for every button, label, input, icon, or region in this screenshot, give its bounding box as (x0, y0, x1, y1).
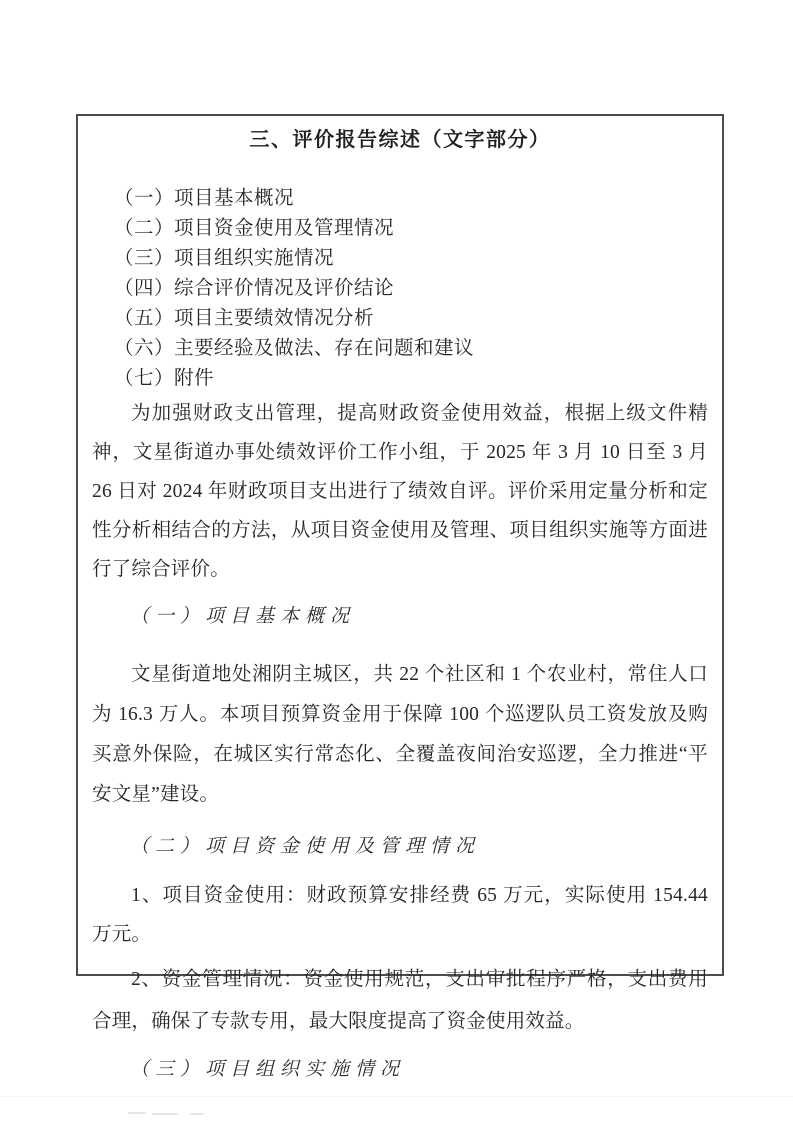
section-1-paragraph: 文星街道地处湘阴主城区，共 22 个社区和 1 个农业村，常住人口为 16.3 … (92, 655, 708, 815)
toc-item-5: （五）项目主要绩效情况分析 (114, 304, 708, 334)
intro-paragraph: 为加强财政支出管理，提高财政资金使用效益，根据上级文件精神，文星街道办事处绩效评… (92, 394, 708, 589)
section-2-heading: （二）项目资金使用及管理情况 (92, 829, 708, 865)
scanned-document-page: 三、评价报告综述（文字部分） （一）项目基本概况 （二）项目资金使用及管理情况 … (0, 0, 793, 1121)
toc-item-3: （三）项目组织实施情况 (114, 244, 708, 274)
table-of-contents: （一）项目基本概况 （二）项目资金使用及管理情况 （三）项目组织实施情况 （四）… (114, 184, 708, 394)
toc-item-1: （一）项目基本概况 (114, 184, 708, 214)
scan-smudge (128, 1112, 146, 1114)
report-title: 三、评价报告综述（文字部分） (92, 126, 708, 154)
section-3-heading: （三）项目组织实施情况 (92, 1052, 708, 1088)
scan-smudge (152, 1113, 178, 1115)
section-2-paragraph-2: 2、资金管理情况：资金使用规范，支出审批程序严格，支出费用合理，确保了专款专用，… (92, 959, 708, 1043)
toc-item-6: （六）主要经验及做法、存在问题和建议 (114, 334, 708, 364)
section-1-heading: （一）项目基本概况 (92, 599, 708, 635)
scan-smudge (190, 1113, 204, 1115)
report-text-frame: 三、评价报告综述（文字部分） （一）项目基本概况 （二）项目资金使用及管理情况 … (76, 114, 724, 976)
toc-item-4: （四）综合评价情况及评价结论 (114, 274, 708, 304)
toc-item-2: （二）项目资金使用及管理情况 (114, 214, 708, 244)
scan-fold-line (0, 1096, 793, 1097)
toc-item-7: （七）附件 (114, 364, 708, 394)
section-2-paragraph-1: 1、项目资金使用：财政预算安排经费 65 万元，实际使用 154.44 万元。 (92, 876, 708, 954)
